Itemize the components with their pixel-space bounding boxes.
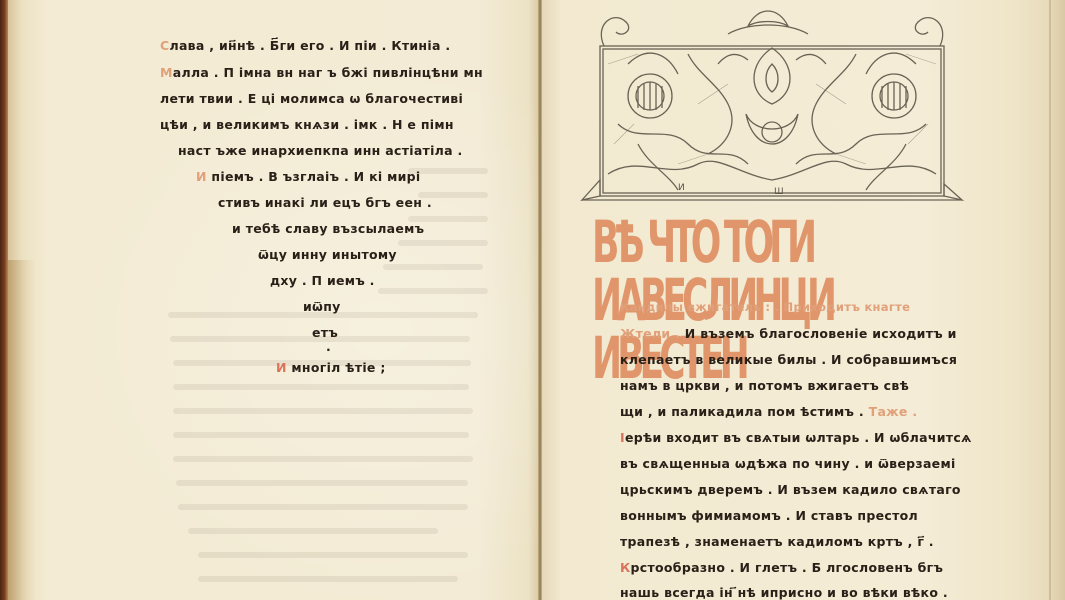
text-line: трапезѣ , знаменаетъ кадиломъ кртъ , г҃ …	[620, 534, 934, 549]
text-line: црьскимъ дверемъ . И възем кадило свѧтаг…	[620, 482, 961, 497]
text-line: и тебѣ славу възсылаемъ	[232, 221, 424, 236]
line-text: .	[326, 339, 331, 354]
text-line: въ свѧщенныа ѡдѣжа по чину . и ѿверзаемі	[620, 456, 956, 471]
text-line: ѿцу инну инытому	[258, 247, 397, 262]
line-text: лети твии . Е ці молимса ѡ благочестиві	[160, 91, 463, 106]
text-line: нашь всегда ін ҃нѣ иприсно и во вѣки вѣк…	[620, 585, 948, 600]
text-line: стивъ инакі ли ецъ бгъ еен .	[218, 195, 432, 210]
red-initial: М	[160, 65, 173, 80]
line-text: лава , ин҃нѣ . Б҃ги его . И піи . Ктиніа…	[169, 38, 450, 53]
line-text: въ свѧщенныа ѡдѣжа по чину . и ѿверзаемі	[620, 456, 956, 471]
bleed-through-line	[178, 504, 468, 510]
text-line: Слава , ин҃нѣ . Б҃ги его . И піи . Ктині…	[160, 38, 450, 53]
rubric-text: Жтели .	[620, 326, 685, 341]
text-line: цѣи , и великимъ кнѧзи . імк . Н е пімн	[160, 117, 454, 132]
text-line: И піемъ . В ъзглаіъ . И кі мирі	[196, 169, 421, 184]
bleed-through-line	[173, 432, 469, 438]
line-text: црьскимъ дверемъ . И възем кадило свѧтаг…	[620, 482, 961, 497]
line-text: дху . П иемъ .	[270, 273, 375, 288]
line-text: иѿпу	[303, 299, 341, 314]
line-text: стивъ инакі ли ецъ бгъ еен .	[218, 195, 432, 210]
red-initial: И	[196, 169, 207, 184]
line-text: нашь всегда ін ҃нѣ иприсно и во вѣки вѣк…	[620, 585, 948, 600]
line-text: клепаетъ в великые билы . И собравшимъся	[620, 352, 957, 367]
text-line: етъ	[312, 325, 338, 340]
left-page	[8, 0, 540, 600]
bleed-through-line	[383, 264, 483, 270]
text-line: дху . П иемъ .	[270, 273, 375, 288]
line-text: етъ	[312, 325, 338, 340]
woodcut-mark: И	[678, 183, 685, 193]
bleed-through-line	[198, 552, 468, 558]
text-line: лети твии . Е ці молимса ѡ благочестиві	[160, 91, 463, 106]
text-line: клепаетъ в великые билы . И собравшимъся	[620, 352, 957, 367]
book-spread: Слава , ин҃нѣ . Б҃ги его . И піи . Ктині…	[0, 0, 1065, 600]
line-text: И въземъ благословеніе исходитъ и	[685, 326, 957, 341]
rubric-text: Таже .	[864, 404, 917, 419]
line-text: намъ в цркви , и потомъ вжигаетъ свѣ	[620, 378, 909, 393]
line-text: и тебѣ славу възсылаемъ	[232, 221, 424, 236]
line-text: рстообразно . И глетъ . Б лгословенъ бгъ	[631, 560, 944, 575]
text-line: Іерѣи входит въ свѧтыи ѡлтарь . И ѡблачи…	[620, 430, 972, 445]
woodcut-mark: Ш	[774, 187, 784, 197]
text-line: Жтели . И въземъ благословеніе исходитъ …	[620, 326, 957, 341]
text-line: Крстообразно . И глетъ . Б лгословенъ бг…	[620, 560, 943, 575]
line-text: щи , и паликадила пом ѣстимъ .	[620, 404, 864, 419]
text-line: .	[326, 339, 331, 354]
line-text: піемъ . В ъзглаіъ . И кі мирі	[207, 169, 421, 184]
line-text: ѿцу инну инытому	[258, 247, 397, 262]
bleed-through-line	[173, 408, 473, 414]
line-text: цѣи , и великимъ кнѧзи . імк . Н е пімн	[160, 117, 454, 132]
text-line: наст ъже инархиепкпа инн астіатіла .	[178, 143, 463, 158]
text-line: И многіл ѣтіе ;	[276, 360, 386, 375]
bleed-through-line	[378, 288, 488, 294]
bleed-through-line	[398, 240, 488, 246]
bleed-through-line	[173, 456, 473, 462]
text-line: иѿпу	[303, 299, 341, 314]
line-text: воннымъ фимиамомъ . И ставъ престол	[620, 508, 918, 523]
binding-edge	[0, 0, 8, 600]
line-text: алла . П імна вн наг ъ бжі пивлінцѣни мн	[173, 65, 483, 80]
line-text: ерѣи входит въ свѧтыи ѡлтарь . И ѡблачит…	[625, 430, 972, 445]
line-text: многіл ѣтіе ;	[287, 360, 386, 375]
text-line: воннымъ фимиамомъ . И ставъ престол	[620, 508, 918, 523]
text-line: щи , и паликадила пом ѣстимъ . Таже .	[620, 404, 917, 419]
woodcut-headpiece-ornament: И Ш	[578, 4, 968, 204]
bleed-through-line	[188, 528, 438, 534]
line-text: наст ъже инархиепкпа инн астіатіла .	[178, 143, 463, 158]
text-line: Малла . П імна вн наг ъ бжі пивлінцѣни м…	[160, 65, 483, 80]
rubric-text: Кандилы вжигатель : . Приходитъ кнагте	[620, 300, 910, 314]
line-text: трапезѣ , знаменаетъ кадиломъ кртъ , г҃ …	[620, 534, 934, 549]
bleed-through-line	[198, 576, 458, 582]
bleed-through-line	[173, 384, 469, 390]
text-line: Кандилы вжигатель : . Приходитъ кнагте	[620, 300, 910, 314]
red-initial: К	[620, 560, 631, 575]
text-line: намъ в цркви , и потомъ вжигаетъ свѣ	[620, 378, 909, 393]
bleed-through-line	[176, 480, 468, 486]
red-initial: И	[276, 360, 287, 375]
